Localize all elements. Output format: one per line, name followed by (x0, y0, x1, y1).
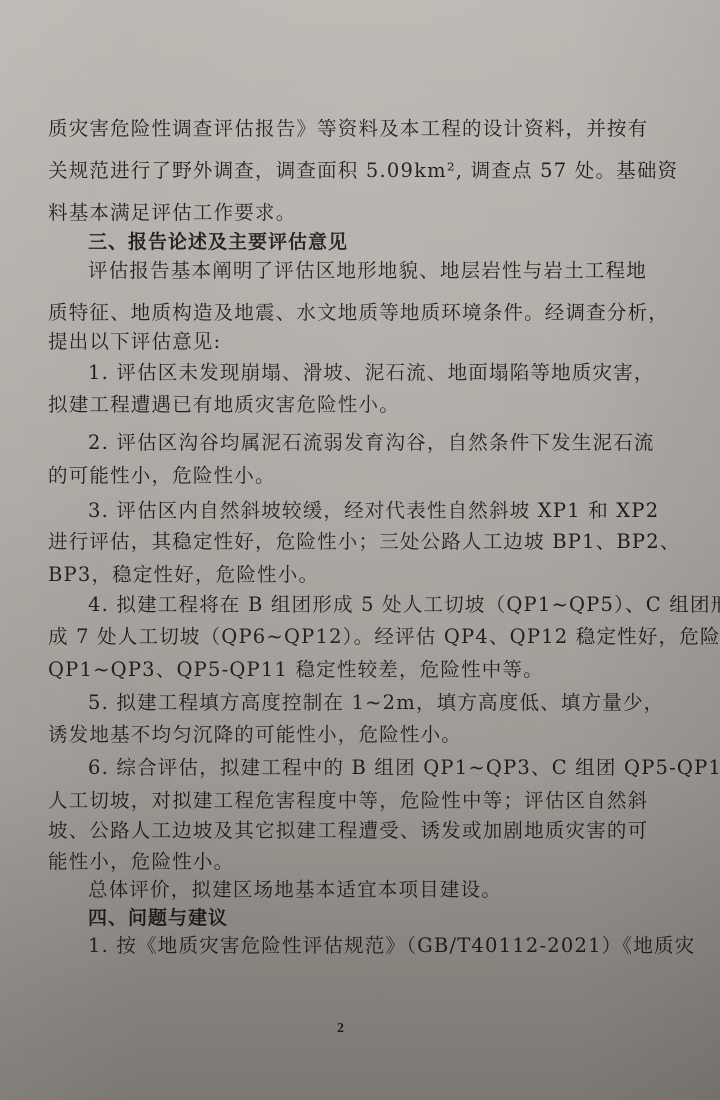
text-line: QP1~QP3、QP5-QP11 稳定性较差，危险性中等。 (48, 657, 544, 683)
text-line: 进行评估，其稳定性好，危险性小；三处公路人工边坡 BP1、BP2、 (48, 529, 681, 555)
text-line: 诱发地基不均匀沉降的可能性小，危险性小。 (48, 722, 462, 748)
section-heading: 三、报告论述及主要评估意见 (88, 229, 348, 255)
page-number: 2 (337, 1021, 344, 1037)
text-line: 5. 拟建工程填方高度控制在 1~2m，填方高度低、填方量少， (88, 690, 664, 716)
text-line: 4. 拟建工程将在 B 组团形成 5 处人工切坡（QP1~QP5）、C 组团形 (88, 592, 720, 618)
text-line: 提出以下评估意见: (48, 329, 221, 355)
text-line: 拟建工程遭遇已有地质灾害危险性小。 (48, 392, 400, 418)
text-line: 1. 按《地质灾害危险性评估规范》（GB/T40112-2021）《地质灾 (88, 933, 695, 959)
text-line: 的可能性小，危险性小。 (48, 463, 276, 489)
text-line: 成 7 处人工切坡（QP6~QP12）。经评估 QP4、QP12 稳定性好，危险… (48, 624, 720, 650)
text-line: 2. 评估区沟谷均属泥石流弱发育沟谷，自然条件下发生泥石流 (88, 430, 655, 456)
text-line: 3. 评估区内自然斜坡较缓，经对代表性自然斜坡 XP1 和 XP2 (88, 498, 659, 524)
text-line: 质灾害危险性调查评估报告》等资料及本工程的设计资料，并按有 (48, 116, 648, 142)
text-line: BP3，稳定性好，危险性小。 (48, 562, 319, 588)
text-line: 评估报告基本阐明了评估区地形地貌、地层岩性与岩土工程地 (88, 258, 647, 284)
text-line: 能性小，危险性小。 (48, 849, 234, 875)
text-line: 总体评价，拟建区场地基本适宜本项目建设。 (88, 877, 502, 903)
text-line: 关规范进行了野外调查，调查面积 5.09km², 调查点 57 处。基础资 (48, 158, 678, 184)
text-line: 人工切坡，对拟建工程危害程度中等，危险性中等；评估区自然斜 (48, 788, 648, 814)
text-line: 1. 评估区未发现崩塌、滑坡、泥石流、地面塌陷等地质灾害， (88, 360, 655, 386)
text-line: 6. 综合评估，拟建工程中的 B 组团 QP1~QP3、C 组团 QP5-QP1… (88, 755, 720, 781)
text-line: 坡、公路人工边坡及其它拟建工程遭受、诱发或加剧地质灾害的可 (48, 818, 648, 844)
document-page: 质灾害危险性调查评估报告》等资料及本工程的设计资料，并按有关规范进行了野外调查，… (0, 0, 720, 1100)
section-heading: 四、问题与建议 (88, 905, 228, 931)
text-line: 料基本满足评估工作要求。 (48, 200, 296, 226)
text-line: 质特征、地质构造及地震、水文地质等地质环境条件。经调查分析， (48, 300, 669, 326)
